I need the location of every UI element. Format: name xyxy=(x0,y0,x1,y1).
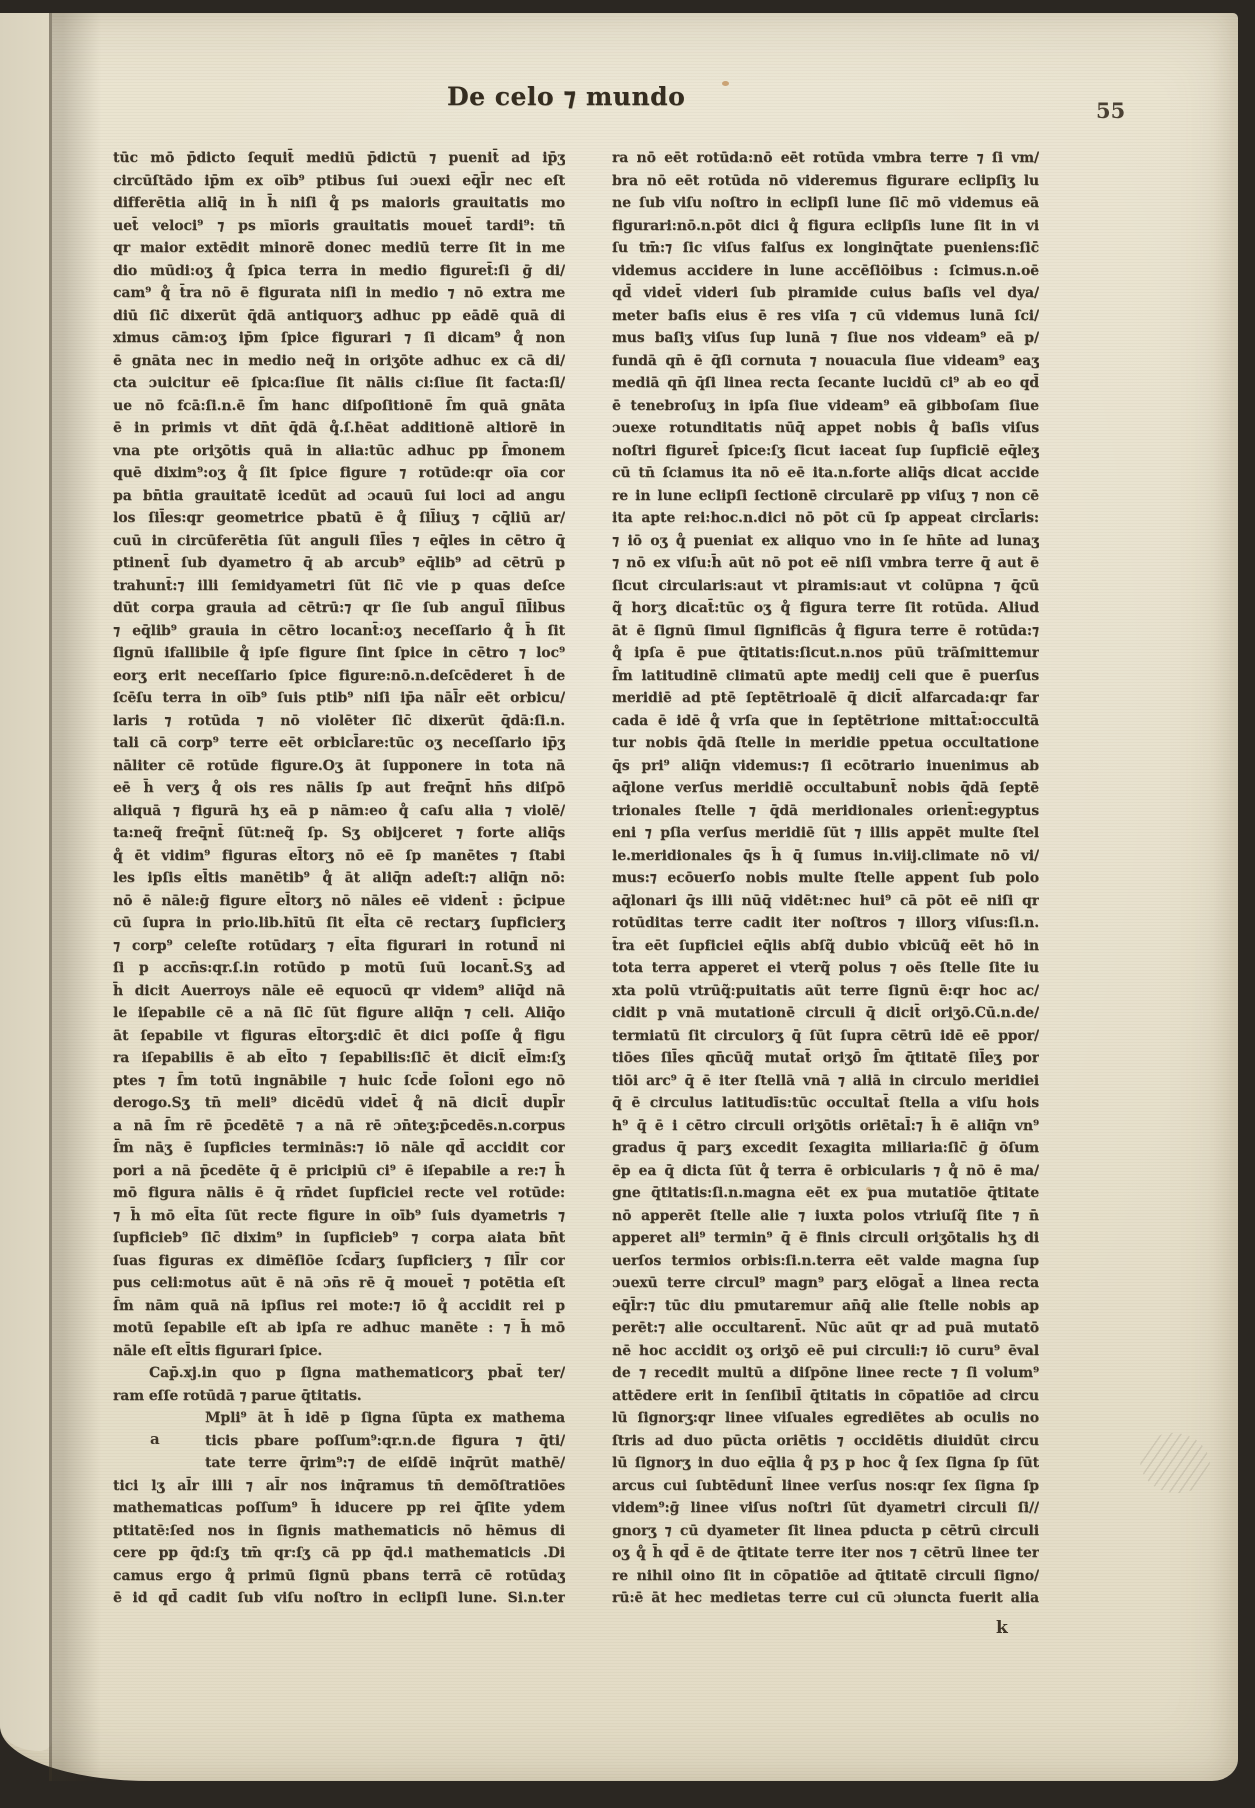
text-line: Mpli⁹ āt h̄ idē p ſigna ſūpta ex mathema xyxy=(113,1407,565,1430)
text-line: ptes ⁊ ſ̄m totū ingnābile ⁊ huic ſcd̄e ſ… xyxy=(113,1070,565,1093)
text-line: tici lʒ al̄r illi ⁊ al̄r nos inq̄ramus t… xyxy=(113,1475,565,1498)
text-line: ſtris ad duo pūcta oriētis ⁊ occidētis d… xyxy=(612,1430,1039,1453)
text-line: gradus q̄ parʒ excedit ſexagita miliaria… xyxy=(612,1137,1039,1160)
text-line: ita apte rei:hoc.n.dici nō pōt cū ſp app… xyxy=(612,507,1039,530)
text-line: lū ſignorʒ in duo eq̄lia q̊ pʒ p hoc q̊ … xyxy=(612,1452,1039,1475)
text-line: quē dixim⁹:oʒ q̊ ſit ſpice figure ⁊ rotū… xyxy=(113,462,565,485)
text-column-left: tūc mō p̄dicto ſequit̄ mediū p̄dictū ⁊ p… xyxy=(113,147,565,1610)
text-line: cere pp q̄d:ſʒ tm̄ qr:ſʒ cā pp q̄d.i mat… xyxy=(113,1542,565,1565)
text-line: ſuas figuras ex dimēſiōe ſcd̄arʒ ſupfici… xyxy=(113,1250,565,1273)
text-line: dūt corpa grauia ad cētrū:⁊ qr ſie ſub a… xyxy=(113,597,565,620)
text-line: ſ̄m latitudinē climatū apte medij celi q… xyxy=(612,665,1039,688)
text-line: ē gnāta nec in medio neq̃ in oriʒōte adh… xyxy=(113,350,565,373)
book-page: De celo ⁊ mundo 55 tūc mō p̄dicto ſequit… xyxy=(0,13,1238,1781)
text-line: motū ſepabile eſt ab ipſa re adhuc manēt… xyxy=(113,1317,565,1340)
text-line: aliquā ⁊ figurā hʒ eā p nām:eo q̊ caſu a… xyxy=(113,800,565,823)
text-line: ɔuexe rotunditatis nūq̄ appet nobis q̊ b… xyxy=(612,417,1039,440)
text-line: nō ē nāle:ḡ figure el̄torʒ nō nāles eē v… xyxy=(113,890,565,913)
text-line: rū:ē āt hec medietas terre cui cū ɔiunct… xyxy=(612,1587,1039,1610)
text-line: q̊ ēt vidim⁹ figuras el̄torʒ nō eē ſp ma… xyxy=(113,845,565,868)
text-line: eq̄l̄r:⁊ tūc diu pmutaremur an̄q̄ alie ſ… xyxy=(612,1295,1039,1318)
text-line: ſignū ifallibile q̊ ipſe figure ſint ſpi… xyxy=(113,642,565,665)
text-line: tur nobis q̄dā ſtelle in meridie ppetua … xyxy=(612,732,1039,755)
text-line: meridiē ad ptē ſeptētrioalē q̄ dicit̄ al… xyxy=(612,687,1039,710)
text-line: q̃ horʒ dicat̄:tūc oʒ q̊ figura terre ſi… xyxy=(612,597,1039,620)
text-line: figurari:nō.n.pōt dici q̊ figura eclipſi… xyxy=(612,215,1039,238)
text-line: āt ſepabile vt figuras el̄torʒ:dic̄ ēt d… xyxy=(113,1025,565,1048)
text-line: ptinent̄ ſub dyametro q̄ ab arcub⁹ eq̄li… xyxy=(113,552,565,575)
text-line: circūſtādo ip̄m ex oīb⁹ ptibus ſui ɔuexi… xyxy=(113,170,565,193)
text-line: q̄ ē circulus latitudīs:tūc occultat̄ ſt… xyxy=(612,1092,1039,1115)
text-line: ſu tm̄:⁊ ſic viſus falſus ex longinq̄tat… xyxy=(612,237,1039,260)
text-line: tiōi arc⁹ q̄ ē iter ſtellā vnā ⁊ aliā in… xyxy=(612,1070,1039,1093)
text-line: re nihil oino ſit in cōpatiōe ad q̄titat… xyxy=(612,1565,1039,1588)
text-line: lū ſignorʒ:qr linee viſuales egrediētes … xyxy=(612,1407,1039,1430)
text-line: ſi p accn̄s:qr.ſ.in rotūdo p motū ſuū lo… xyxy=(113,957,565,980)
text-line: ram eſſe rotūdā ⁊ parue q̄titatis. xyxy=(113,1385,565,1408)
text-line: eē h̄ verʒ q̊ ois res nālis ſp aut freq̄… xyxy=(113,777,565,800)
text-line: qr maior extēdit minorē donec mediū terr… xyxy=(113,237,565,260)
text-line: mus baſiʒ viſus ſup lunā ⁊ ſiue nos vide… xyxy=(612,327,1039,350)
text-line: arcus cui ſubtēdunt̄ linee verſus nos:qr… xyxy=(612,1475,1039,1498)
book-scan: De celo ⁊ mundo 55 tūc mō p̄dicto ſequit… xyxy=(0,0,1255,1808)
text-line: laris ⁊ rotūda ⁊ nō violēter ſic̄ dixerū… xyxy=(113,710,565,733)
text-line: cidit p vnā mutationē circuli q̄ dicit̄ … xyxy=(612,1002,1039,1025)
text-line: los ſil̄es:qr geometrice pbatū ē q̊ ſil̄… xyxy=(113,507,565,530)
text-line: ſ̄m nāʒ ē ſupficies terminās:⁊ iō nāle q… xyxy=(113,1137,565,1160)
text-line: apperet ali⁹ termin⁹ q̄ ē finis circuli … xyxy=(612,1227,1039,1250)
text-line: ſicut circularis:aut vt piramis:aut vt c… xyxy=(612,575,1039,598)
text-line: trahunt̄:⁊ illi ſemidyametri ſūt ſic̄ vi… xyxy=(113,575,565,598)
text-line: ta:neq̃ freq̄nt̄ ſūt:neq̃ ſp. Sʒ obijcer… xyxy=(113,822,565,845)
text-line: qd̄ videt̄ videri ſub piramide cuius baſ… xyxy=(612,282,1039,305)
text-line: a nā ſ̄m rē p̄cedētē ⁊ a nā rē ɔn̄teʒ:p̄… xyxy=(113,1115,565,1138)
text-line: oʒ q̊ h̄ qd̄ ē de q̄titate terre iter no… xyxy=(612,1542,1039,1565)
text-line: cta ɔuicitur eē ſpica:ſiue ſit nālis ci:… xyxy=(113,372,565,395)
text-line: attēdere erit in ſenſibil̄ q̄titatis in … xyxy=(612,1385,1039,1408)
text-line: bra nō eēt rotūda nō videremus figurare … xyxy=(612,170,1039,193)
text-line: mathematicas poſſum⁹ h̄ iducere pp rei q… xyxy=(113,1497,565,1520)
text-line: gne q̄titatis:ſi.n.magna eēt ex pua muta… xyxy=(612,1182,1039,1205)
stain xyxy=(722,81,729,86)
text-line: nāle eſt el̄tis figurari ſpice. xyxy=(113,1340,565,1363)
text-line: gnorʒ ⁊ cū dyameter ſit linea pducta p c… xyxy=(612,1520,1039,1543)
text-line: q̊ ipſa ē pue q̄titatis:ſicut.n.nos pūū … xyxy=(612,642,1039,665)
text-line: eni ⁊ pſia verſus meridiē ſūt ⁊ illis ap… xyxy=(612,822,1039,845)
text-line: cam⁹ q̊ t̄ra nō ē figurata niſi in medio… xyxy=(113,282,565,305)
gutter-crease xyxy=(49,13,109,1781)
text-line: nāliter cē rotūde figure.Oʒ āt ſupponere… xyxy=(113,755,565,778)
text-line: q̄s pri⁹ aliq̄n videmus:⁊ ſi ecōtrario i… xyxy=(612,755,1039,778)
margin-annotation xyxy=(1135,1427,1214,1498)
text-line: camus ergo q̊ primū ſignū pbans terrā cē… xyxy=(113,1565,565,1588)
text-line: re in lune eclipſi ſectionē circularē pp… xyxy=(612,485,1039,508)
previous-page-edge xyxy=(0,13,52,1751)
text-line: ne ſub viſu noſtro in eclipſi lune ſic̄ … xyxy=(612,192,1039,215)
text-line: pori a nā p̄cedēte q̄ ē pricipiū ci⁹ ē i… xyxy=(113,1160,565,1183)
text-line: mō figura nālis ē q̄ rn̄det ſupficiei re… xyxy=(113,1182,565,1205)
guide-letter: a xyxy=(150,1430,160,1448)
text-line: pa bn̄tia grauitatē icedūt ad ɔcauū ſui … xyxy=(113,485,565,508)
text-line: le iſepabile cē a nā ſic̄ ſūt figure ali… xyxy=(113,1002,565,1025)
text-line: mus:⁊ ecōuerſo nobis multe ſtelle appent… xyxy=(612,867,1039,890)
text-line: videm⁹:ḡ linee viſus noſtri ſūt dyametri… xyxy=(612,1497,1039,1520)
text-line: trionales ſtelle ⁊ q̄dā meridionales ori… xyxy=(612,800,1039,823)
text-line: cū tn̄ ſciamus ita nō eē ita.n.forte ali… xyxy=(612,462,1039,485)
text-line: ptitatē:ſed nos in ſignis mathematicis n… xyxy=(113,1520,565,1543)
text-line: videmus accidere in lune accēſiōibus : ſ… xyxy=(612,260,1039,283)
text-line: tiōes ſil̄es qn̄cūq̃ mutat̄ oriʒō ſ̄m q̄… xyxy=(612,1047,1039,1070)
text-line: h̄ dicit Auerroys nāle eē equocū qr vide… xyxy=(113,980,565,1003)
quire-signature: k xyxy=(996,1618,1008,1638)
text-line: termiatū ſit circulorʒ q̄ ſūt ſupra cētr… xyxy=(612,1025,1039,1048)
text-line: tota terra apperet ei vterq̃ polus ⁊ oēs… xyxy=(612,957,1039,980)
text-line: ra iſepabilis ē ab el̄to ⁊ ſepabilis:ſic… xyxy=(113,1047,565,1070)
text-line: les ipſis el̄tis manētib⁹ q̊ āt aliq̄n a… xyxy=(113,867,565,890)
text-line: uet̄ veloci⁹ ⁊ ps mīoris grauitatis moue… xyxy=(113,215,565,238)
folio-number: 55 xyxy=(1096,98,1125,123)
text-line: diū ſic̄ dixerūt q̄dā antiquorʒ adhuc pp… xyxy=(113,305,565,328)
text-line: ⁊ h̄ mō el̄ta ſūt recte figure in oīb⁹ ſ… xyxy=(113,1205,565,1228)
text-line: nē hoc accidit oʒ oriʒō eē pui circuli:⁊… xyxy=(612,1340,1039,1363)
text-line: ⁊ corp⁹ celeſte rotūdarʒ ⁊ el̄ta figurar… xyxy=(113,935,565,958)
text-line: meter baſis eius ē res viſa ⁊ cū videmus… xyxy=(612,305,1039,328)
text-line: ⁊ eq̄lib⁹ grauia in cētro locant̄:oʒ nec… xyxy=(113,620,565,643)
text-line: ſupficieb⁹ ſic̄ dixim⁹ in ſupficieb⁹ ⁊ c… xyxy=(113,1227,565,1250)
text-line: rotūditas terre cadit iter noſtros ⁊ ill… xyxy=(612,912,1039,935)
text-line: ē id qd̄ cadit ſub viſu noſtro in eclipſ… xyxy=(113,1587,565,1610)
text-line: ticis pbare poſſum⁹:qr.n.de figura ⁊ q̄t… xyxy=(113,1430,565,1453)
text-line: eorʒ erit neceſſario ſpice figure:nō.n.d… xyxy=(113,665,565,688)
text-line: ra nō eēt rotūda:nō eēt rotūda vmbra ter… xyxy=(612,147,1039,170)
text-column-right: ra nō eēt rotūda:nō eēt rotūda vmbra ter… xyxy=(612,147,1039,1610)
text-line: cū ſupra in prio.lib.hītū ſit el̄ta cē r… xyxy=(113,912,565,935)
text-line: ⁊ iō oʒ q̊ pueniat ex aliquo vno in ſe h… xyxy=(612,530,1039,553)
text-line: t̄ra eēt ſupficiei eq̄lis abſq̃ dubio vb… xyxy=(612,935,1039,958)
text-line: āt ē ſignū ſimul ſignificās q̊ figura te… xyxy=(612,620,1039,643)
text-line: aq̄lonari q̄s illi nūq̄ vidēt:nec hui⁹ c… xyxy=(612,890,1039,913)
text-line: h⁹ q̄ ē i cētro circuli oriʒōtis oriētal… xyxy=(612,1115,1039,1138)
text-line: nō apperēt ſtelle alie ⁊ iuxta polos vtr… xyxy=(612,1205,1039,1228)
text-line: noſtri figuret̄ ſpice:ſʒ ſicut iaceat ſu… xyxy=(612,440,1039,463)
text-line: le.meridionales q̄s h̄ q̄ ſumus in.viij.… xyxy=(612,845,1039,868)
text-line: ſcēſu terra in oīb⁹ ſuis ptib⁹ niſi ip̄a… xyxy=(113,687,565,710)
text-line: xta polū vtrūq̃:puitatis aūt terre ſignū… xyxy=(612,980,1039,1003)
text-line: ⁊ nō ex viſu:h̄ aūt nō pot eē niſi vmbra… xyxy=(612,552,1039,575)
text-line: mediā qn̄ q̄ſi linea recta ſecante lucid… xyxy=(612,372,1039,395)
text-line: ximus cām:oʒ ip̄m ſpice figurari ⁊ ſi di… xyxy=(113,327,565,350)
text-line: tali cā corp⁹ terre eēt orbicl̄are:tūc o… xyxy=(113,732,565,755)
text-line: dio mūdi:oʒ q̊ ſpica terra in medio figu… xyxy=(113,260,565,283)
text-line: uerſos termios orbis:ſi.n.terra eēt vald… xyxy=(612,1250,1039,1273)
text-line: tūc mō p̄dicto ſequit̄ mediū p̄dictū ⁊ p… xyxy=(113,147,565,170)
text-line: aq̄lone verſus meridiē occultabunt̄ nobi… xyxy=(612,777,1039,800)
text-line: ɔuexū terre circul⁹ magn⁹ parʒ elōgat̄ a… xyxy=(612,1272,1039,1295)
text-line: ēp ea q̄ dicta ſūt q̊ terra ē orbiculari… xyxy=(612,1160,1039,1183)
text-line: ue nō fcā:ſi.n.ē ſ̄m hanc diſpoſitionē ſ… xyxy=(113,395,565,418)
text-line: pus celi:motus aūt ē nā ɔn̄s rē q̄ mouet… xyxy=(113,1272,565,1295)
text-line: perēt:⁊ alie occultarent̄. Nūc aūt qr ad… xyxy=(612,1317,1039,1340)
text-line: fundā qn̄ ē q̄ſi cornuta ⁊ nouacula ſiue… xyxy=(612,350,1039,373)
text-line: ē in primis vt dn̄t q̄dā q̊.ſ.hēat addit… xyxy=(113,417,565,440)
text-line: vna pte oriʒōtis quā in alia:tūc adhuc p… xyxy=(113,440,565,463)
stain xyxy=(866,1187,871,1191)
text-line: cuū in circūferētia ſūt anguli ſil̄es ⁊ … xyxy=(113,530,565,553)
text-line: differētia aliq̄ in h̄ niſi q̊ ps maiori… xyxy=(113,192,565,215)
text-line: ē tenebroſuʒ in ipſa ſiue videam⁹ eā gib… xyxy=(612,395,1039,418)
text-line: cada ē idē q̊ vrſa que in ſeptētrione mi… xyxy=(612,710,1039,733)
text-line: derogo.Sʒ tn̄ meli⁹ dicēdū videt̄ q̊ nā … xyxy=(113,1092,565,1115)
text-line: Cap̄.xj.in quo p ſigna mathematicorʒ pba… xyxy=(113,1362,565,1385)
text-line: tate terre q̄rim⁹:⁊ de eiſdē inq̄rūt mat… xyxy=(113,1452,565,1475)
text-line: ſ̄m nām quā nā ipſius rei mote:⁊ iō q̊ a… xyxy=(113,1295,565,1318)
text-line: de ⁊ recedit multū a diſpōne linee recte… xyxy=(612,1362,1039,1385)
running-title: De celo ⁊ mundo xyxy=(447,82,685,111)
